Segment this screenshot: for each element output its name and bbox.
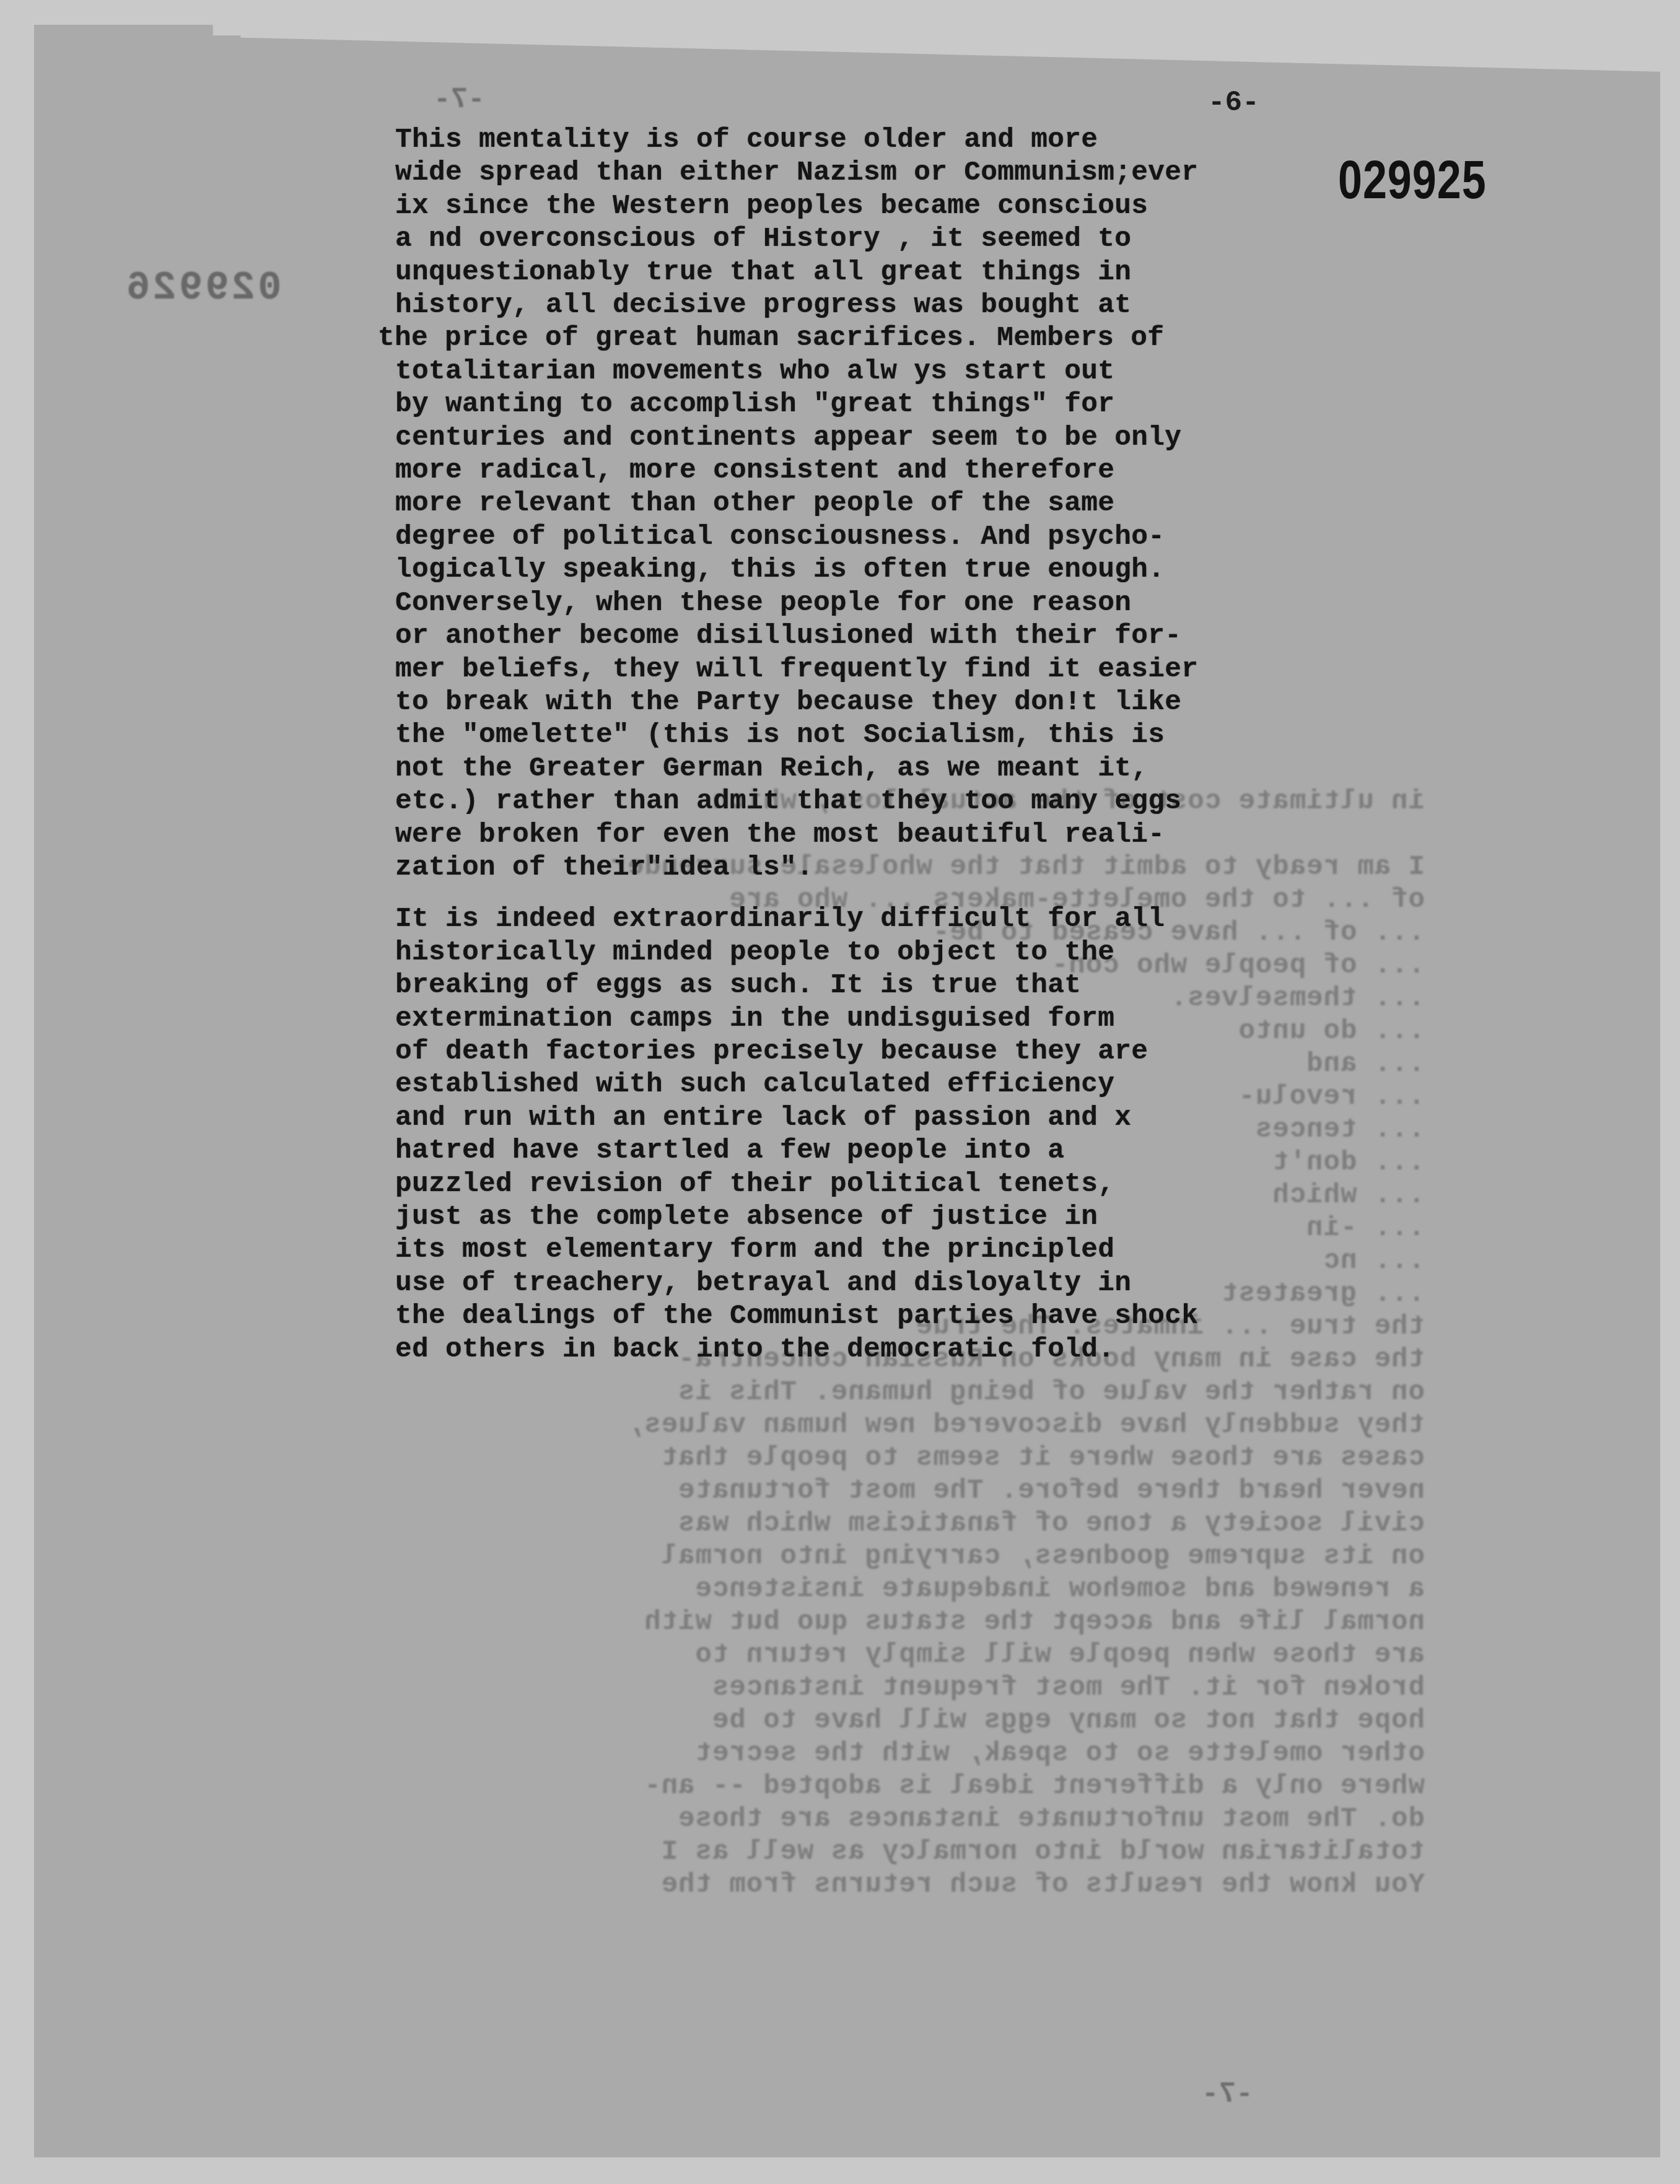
bleed-through-line: are those when people will simply return…: [483, 1639, 1425, 1672]
text-line: logically speaking, this is often true e…: [395, 554, 1386, 587]
text-line: by wanting to accomplish "great things" …: [395, 388, 1386, 421]
bleed-through-line: other omelette so to speak, with the sec…: [483, 1737, 1425, 1770]
bleed-through-line: never heard there before. The most fortu…: [483, 1475, 1425, 1508]
text-line: more relevant than other people of the s…: [395, 487, 1386, 520]
text-line: or another become disillusioned with the…: [395, 620, 1386, 653]
mirrored-page-number-top: -7-: [434, 84, 485, 116]
text-line: degree of political consciousness. And p…: [395, 521, 1386, 554]
text-line: centuries and continents appear seem to …: [395, 422, 1386, 455]
text-line: established with such calculated efficie…: [395, 1068, 1386, 1101]
bleed-through-line: where only a different ideal is adopted …: [483, 1770, 1425, 1803]
text-line: unquestionably true that all great thing…: [395, 256, 1386, 289]
text-line: more radical, more consistent and theref…: [395, 455, 1386, 487]
paragraph-1: This mentality is of course older and mo…: [395, 124, 1386, 885]
text-line: Conversely, when these people for one re…: [395, 587, 1386, 620]
text-line: the "omelette" (this is not Socialism, t…: [395, 719, 1386, 752]
text-line: its most elementary form and the princip…: [395, 1234, 1386, 1267]
text-line: history, all decisive progress was bough…: [395, 289, 1386, 322]
text-line: This mentality is of course older and mo…: [395, 124, 1386, 157]
text-line: the dealings of the Communist parties ha…: [395, 1300, 1386, 1333]
text-line: mer beliefs, they will frequently find i…: [395, 653, 1386, 686]
bleed-through-line: on its supreme goodness, carrying into n…: [483, 1540, 1425, 1573]
bleed-through-line: civil society a tone of fanaticism which…: [483, 1508, 1425, 1540]
text-line: ed others in back into the democratic fo…: [395, 1334, 1386, 1366]
bleed-through-line: You know the results of such returns fro…: [483, 1869, 1425, 1902]
text-line: puzzled revision of their political tene…: [395, 1168, 1386, 1201]
bleed-through-line: cases are those where it seems to people…: [483, 1442, 1425, 1475]
text-line: etc.) rather than admit that they too ma…: [395, 785, 1386, 818]
text-line: hatred have startled a few people into a: [395, 1135, 1386, 1168]
bleed-through-line: hope that not so many eggs will have to …: [483, 1705, 1425, 1737]
text-line: and run with an entire lack of passion a…: [395, 1102, 1386, 1135]
mirrored-document-id: 029926: [124, 266, 281, 311]
text-line: of death factories precisely because the…: [395, 1036, 1386, 1068]
bleed-through-line: do. The most unfortunate instances are t…: [483, 1803, 1425, 1836]
bleed-through-line: a renewed and somehow inadequate insiste…: [483, 1573, 1425, 1606]
text-line: use of treachery, betrayal and disloyalt…: [395, 1267, 1386, 1300]
text-line: wide spread than either Nazism or Commun…: [395, 157, 1386, 190]
bleed-through-line: they suddenly have discovered new human …: [483, 1409, 1425, 1442]
typed-body-text: This mentality is of course older and mo…: [395, 124, 1386, 1366]
bleed-through-line: totalitarian world into normalcy as well…: [483, 1836, 1425, 1869]
text-line: historically minded people to object to …: [395, 937, 1386, 969]
text-line: not the Greater German Reich, as we mean…: [395, 753, 1386, 785]
mirrored-page-number-bottom: -7-: [1202, 2078, 1253, 2110]
paragraph-2: It is indeed extraordinarily difficult f…: [395, 903, 1386, 1366]
text-line: breaking of eggs as such. It is true tha…: [395, 969, 1386, 1002]
text-line: extermination camps in the undisguised f…: [395, 1003, 1386, 1036]
text-line: just as the complete absence of justice …: [395, 1201, 1386, 1234]
text-line: were broken for even the most beautiful …: [395, 819, 1386, 852]
bleed-through-line: broken for it. The most frequent instanc…: [483, 1672, 1425, 1705]
text-line: It is indeed extraordinarily difficult f…: [395, 903, 1386, 936]
page-number: -6-: [1208, 87, 1259, 119]
bleed-through-line: normal life and accept the status quo bu…: [483, 1606, 1425, 1639]
text-line: the price of great human sacrifices. Mem…: [378, 322, 1386, 355]
text-line: to break with the Party because they don…: [395, 686, 1386, 719]
text-line: zation of their"idea ls".: [395, 852, 1386, 885]
text-line: ix since the Western peoples became cons…: [395, 190, 1386, 223]
bleed-through-line: on rather the value of being humane. Thi…: [483, 1376, 1425, 1409]
text-line: totalitarian movements who alw ys start …: [395, 356, 1386, 388]
text-line: a nd overconscious of History , it seeme…: [395, 223, 1386, 256]
